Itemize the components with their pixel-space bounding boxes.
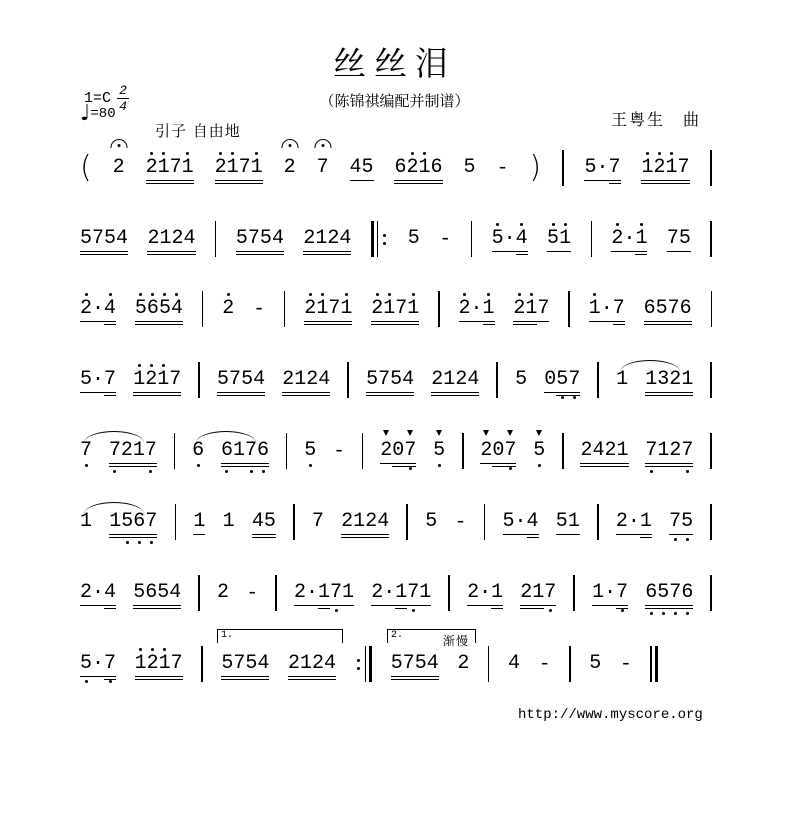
note-char: 4 (527, 511, 539, 533)
note-char: 1 (223, 511, 235, 533)
note-digit: 7 (170, 156, 182, 179)
beam-underline (645, 466, 693, 467)
note-group: 75 (669, 511, 693, 533)
note-char: 6 (394, 157, 406, 179)
beam-underline (371, 605, 431, 606)
note-char: 2 (304, 298, 316, 320)
octave-dot-below (573, 396, 576, 399)
note-group: 6576 (645, 582, 693, 604)
note-group: 2124 (341, 511, 389, 533)
octave-dot-above (255, 152, 258, 155)
note-digit: 1 (182, 156, 194, 179)
note-digit: 5 (80, 368, 92, 391)
beam-underline (80, 321, 116, 322)
note-digit: 5 (80, 227, 92, 250)
octave-dot-above (138, 364, 141, 367)
beam-underline-partial (492, 466, 516, 467)
beam-underline (133, 605, 181, 606)
note-char: 5 (80, 228, 92, 250)
octave-dot-below (674, 538, 677, 541)
octave-dot-above (564, 223, 567, 226)
note-digit: 1 (251, 156, 263, 179)
note-digit: 5 (362, 156, 374, 179)
note-digit: 7 (312, 510, 324, 533)
note-digit: 4 (116, 227, 128, 250)
note-char: 6 (431, 157, 443, 179)
decoration (377, 221, 379, 257)
note-char: 4 (169, 582, 181, 604)
note-digit: 2 (217, 581, 229, 604)
close-paren: ) (529, 150, 541, 186)
note-digit: 1 (681, 368, 693, 391)
beam-underline (133, 392, 181, 393)
note-char: 5 (133, 582, 145, 604)
note-char: 1 (640, 511, 652, 533)
beam-underline (221, 466, 269, 467)
beam-underline-partial (640, 537, 652, 538)
note-char: 4 (427, 653, 439, 675)
note-char: 7 (403, 653, 415, 675)
note-digit: 5 (433, 439, 445, 462)
note-digit: · (504, 227, 516, 250)
octave-dot-below (150, 541, 153, 544)
note-group: 1217 (641, 157, 689, 179)
note-digit: 7 (395, 297, 407, 320)
note-group: 5 (463, 157, 475, 179)
note-digit: 4 (104, 581, 116, 604)
note-char: 5 (221, 653, 233, 675)
note-char: 2 (407, 157, 419, 179)
note-digit: 2 (145, 368, 157, 391)
beam-underline-partial (104, 324, 116, 325)
note-digit: 7 (613, 297, 625, 320)
note-digit: 6 (645, 581, 657, 604)
note-digit: 5 (556, 368, 568, 391)
octave-dot-above (412, 293, 415, 296)
note-char: 1 (157, 369, 169, 391)
note-char: 7 (248, 228, 260, 250)
octave-dot-below (126, 541, 129, 544)
note-char: 5 (80, 369, 92, 391)
barline (710, 221, 712, 257)
duration-dash: - (454, 511, 466, 534)
note-digit: 7 (328, 297, 340, 320)
note-char: 1 (419, 157, 431, 179)
beam-underline (350, 180, 374, 181)
fermata-icon (281, 139, 298, 148)
barline (597, 504, 599, 540)
repeat-dots (357, 659, 360, 670)
note-digit: 1 (135, 652, 147, 675)
beam-underline (282, 392, 330, 393)
barline (406, 504, 408, 540)
note-digit: 2 (365, 510, 377, 533)
note-group: 51 (556, 511, 580, 533)
beam-underline (645, 392, 693, 393)
beam-underline (109, 466, 157, 467)
beam-underline-partial (395, 608, 407, 609)
beam-underline (480, 463, 516, 464)
note-digit: 2 (407, 156, 419, 179)
note-group: 5754 (80, 228, 128, 250)
note-char: 2 (616, 511, 628, 533)
beam-underline (303, 254, 351, 255)
note-digit: 1 (491, 581, 503, 604)
note-char: 7 (568, 369, 580, 391)
beam-underline (380, 463, 416, 464)
note-digit: 2 (467, 581, 479, 604)
note-char: 7 (395, 298, 407, 320)
octave-dot-above (150, 364, 153, 367)
note-char: 5 (391, 653, 403, 675)
note-char: 4 (467, 369, 479, 391)
repeat-dots (383, 234, 386, 245)
note-char: 4 (377, 511, 389, 533)
note-char: 5 (135, 298, 147, 320)
note-digit: 5 (679, 227, 691, 250)
note-digit: 5 (503, 510, 515, 533)
note-digit: · (92, 297, 104, 320)
note-char: 4 (171, 298, 183, 320)
note-char: 2 (605, 440, 617, 462)
note-digit: 7 (404, 439, 416, 462)
duration-dash: - (620, 653, 632, 676)
note-digit: 5 (556, 510, 568, 533)
decoration (383, 234, 386, 237)
note-digit: 6 (644, 297, 656, 320)
barline (201, 646, 203, 682)
note-char: 1 (666, 157, 678, 179)
beam-underline (589, 321, 625, 322)
final-barline (650, 646, 658, 682)
beam-underline (520, 605, 556, 606)
note-char: 5 (159, 298, 171, 320)
note-digit: 1 (666, 156, 678, 179)
octave-dot-above (520, 223, 523, 226)
note-digit: 7 (145, 439, 157, 462)
beam-underline (80, 251, 128, 252)
beam-underline (288, 676, 336, 677)
note-digit: 4 (252, 510, 264, 533)
note-digit: 2 (653, 156, 665, 179)
note-char: 5 (264, 511, 276, 533)
beam-underline (645, 463, 693, 464)
note-group: 1321 (645, 369, 693, 391)
beam-underline-partial (516, 254, 528, 255)
note-digit: 5 (236, 227, 248, 250)
octave-dot-below (686, 538, 689, 541)
beam-underline (645, 608, 693, 609)
note-group: 5654 (133, 582, 181, 604)
note-digit: 1 (160, 227, 172, 250)
note-char: 5 (492, 228, 504, 250)
note-group: 2124 (282, 369, 330, 391)
note-digit: 5 (391, 652, 403, 675)
note-char: 7 (645, 440, 657, 462)
note-digit: 4 (427, 652, 439, 675)
note-digit: 7 (403, 652, 415, 675)
barline (710, 575, 712, 611)
beam-underline (592, 605, 628, 606)
barline (175, 504, 177, 540)
note-char: 7 (669, 582, 681, 604)
note-char: 5 (433, 440, 445, 462)
note-char: 4 (350, 157, 362, 179)
note-digit: 2 (616, 510, 628, 533)
beam-underline-partial (613, 324, 625, 325)
note-char: 5 (217, 369, 229, 391)
note-digit: 1 (133, 368, 145, 391)
note-digit: 7 (681, 439, 693, 462)
octave-dot-above (518, 293, 521, 296)
note-digit: 2 (303, 227, 315, 250)
note-char: 2 (371, 582, 383, 604)
note-char: · (306, 582, 318, 604)
octave-dot-below (309, 464, 312, 467)
note-digit: 1 (383, 297, 395, 320)
note-digit: 4 (527, 510, 539, 533)
barline (362, 433, 364, 469)
note-digit: 7 (229, 368, 241, 391)
note-char: 4 (402, 369, 414, 391)
note-group: 2·171 (294, 582, 354, 604)
note-char: 5 (415, 653, 427, 675)
note-group: 6176 (221, 440, 269, 462)
note-char: 1 (315, 228, 327, 250)
note-group: 1217 (135, 653, 183, 675)
decoration (369, 646, 372, 682)
note-digit: 5 (533, 439, 545, 462)
beam-underline (193, 534, 205, 535)
note-char: · (504, 228, 516, 250)
octave-dot-below (438, 464, 441, 467)
note-group: 5 (589, 653, 601, 675)
note-group: 6216 (394, 157, 442, 179)
note-digit: 1 (617, 439, 629, 462)
note-digit: 5 (589, 652, 601, 675)
beam-underline (109, 534, 157, 535)
beam-underline (492, 251, 528, 252)
note-char: 7 (229, 369, 241, 391)
note-digit: 7 (239, 156, 251, 179)
beam-underline-partial (513, 324, 537, 325)
octave-dot-below (225, 470, 228, 473)
note-char: 7 (245, 440, 257, 462)
note-char: 2 (371, 298, 383, 320)
note-char: 5 (241, 369, 253, 391)
octave-dot-below (509, 467, 512, 470)
note-char: · (471, 298, 483, 320)
beam-underline (431, 392, 479, 393)
octave-dot-above (487, 293, 490, 296)
note-group: 1 (80, 511, 92, 533)
beam-underline (288, 679, 336, 680)
note-digit: 2 (80, 581, 92, 604)
note-digit: 2 (147, 652, 159, 675)
octave-dot-below (662, 612, 665, 615)
note-group: 2 (217, 582, 229, 604)
beam-underline (391, 679, 439, 680)
note-digit: 4 (377, 510, 389, 533)
note-digit: 7 (667, 227, 679, 250)
note-group: 5 (304, 440, 316, 462)
barline (710, 504, 712, 540)
note-char: · (479, 582, 491, 604)
octave-dot-below (650, 612, 653, 615)
note-group: 51 (547, 228, 571, 250)
note-digit: 1 (443, 368, 455, 391)
note-char: 5 (236, 228, 248, 250)
note-digit: 2 (380, 439, 392, 462)
note-char: 4 (257, 653, 269, 675)
duration-dash: - (333, 440, 345, 463)
note-digit: 7 (678, 156, 690, 179)
beam-underline (556, 534, 580, 535)
note-char: 2 (365, 511, 377, 533)
note-char: 5 (515, 369, 527, 391)
note-digit: 5 (241, 368, 253, 391)
note-digit: 4 (184, 227, 196, 250)
note-digit: 4 (272, 227, 284, 250)
accent-icon (536, 430, 542, 436)
note-digit: · (306, 581, 318, 604)
note-group: 5·4 (492, 228, 528, 250)
note-char: 1 (159, 653, 171, 675)
source-url: http://www.myscore.org (518, 707, 703, 723)
decoration (357, 667, 360, 670)
note-char: 6 (221, 440, 233, 462)
note-char: 6 (680, 298, 692, 320)
note-char: 2 (513, 298, 525, 320)
note-char: 2 (222, 298, 234, 320)
beam-underline (371, 324, 419, 325)
octave-dot-above (162, 152, 165, 155)
note-digit: 5 (425, 510, 437, 533)
barline (488, 646, 490, 682)
note-group: 6 (192, 440, 204, 462)
barline (198, 362, 200, 398)
beam-underline (236, 254, 284, 255)
note-digit: 7 (568, 368, 580, 391)
note-digit: 2 (480, 439, 492, 462)
note-char: 6 (192, 440, 204, 462)
note-char: 4 (272, 228, 284, 250)
note-digit: 7 (317, 156, 329, 179)
note-char: 1 (294, 369, 306, 391)
note-char: 2 (288, 653, 300, 675)
barline (198, 575, 200, 611)
octave-dot-below (85, 680, 88, 683)
beam-underline (80, 392, 116, 393)
note-char: 5 (681, 511, 693, 533)
decoration (371, 221, 374, 257)
note-char: 7 (104, 369, 116, 391)
note-char: 0 (492, 440, 504, 462)
note-digit: 5 (135, 297, 147, 320)
beam-underline (221, 463, 269, 464)
note-char: 1 (340, 298, 352, 320)
barline (448, 575, 450, 611)
note-group: 2·1 (611, 228, 647, 250)
note-digit: 1 (592, 581, 604, 604)
note-digit: 5 (159, 297, 171, 320)
note-char: 5 (366, 369, 378, 391)
note-char: · (92, 653, 104, 675)
barline (562, 150, 564, 186)
note-digit: 7 (407, 581, 419, 604)
note-digit: 2 (113, 156, 125, 179)
barline (484, 504, 486, 540)
octave-dot-below (621, 609, 624, 612)
note-group: 7127 (645, 440, 693, 462)
note-char: 2 (459, 298, 471, 320)
note-digit: 2 (580, 439, 592, 462)
beam-underline (282, 395, 330, 396)
note-group: 207 (380, 440, 416, 462)
open-paren: ( (80, 150, 92, 186)
note-digit: 4 (169, 581, 181, 604)
note-char: 7 (80, 440, 92, 462)
barline (597, 362, 599, 398)
octave-dot-above (139, 293, 142, 296)
note-char: 7 (109, 440, 121, 462)
note-digit: 2 (282, 368, 294, 391)
barline (710, 150, 712, 186)
note-char: · (515, 511, 527, 533)
barline (284, 291, 286, 327)
volta-label: 2. (391, 630, 403, 641)
note-char: 6 (644, 298, 656, 320)
note-char: 5 (121, 511, 133, 533)
note-char: · (383, 582, 395, 604)
decoration (655, 646, 658, 682)
note-char: 1 (109, 511, 121, 533)
slur-arc (620, 360, 680, 372)
note-digit: · (623, 227, 635, 250)
octave-dot-above (640, 223, 643, 226)
note-char: 7 (616, 582, 628, 604)
note-char: 7 (407, 582, 419, 604)
note-char: 2 (145, 369, 157, 391)
beam-underline (133, 608, 181, 609)
beam-underline-partial (635, 254, 647, 255)
note-char: 4 (339, 228, 351, 250)
note-char: 1 (491, 582, 503, 604)
note-char: 4 (253, 369, 265, 391)
accent-icon (383, 430, 389, 436)
note-digit: 2 (457, 652, 469, 675)
note-char: 5 (556, 511, 568, 533)
octave-dot-above (163, 293, 166, 296)
octave-dot-above (593, 293, 596, 296)
note-char: 1 (316, 298, 328, 320)
barline (710, 362, 712, 398)
note-char: 7 (504, 440, 516, 462)
beam-underline-partial (483, 324, 495, 325)
note-char: 4 (508, 653, 520, 675)
note-char: 5 (679, 228, 691, 250)
note-char: 1 (160, 228, 172, 250)
barline (174, 433, 176, 469)
note-digit: 4 (592, 439, 604, 462)
note-char: 2 (284, 157, 296, 179)
beam-underline (644, 324, 692, 325)
note-digit: 5 (415, 652, 427, 675)
sheet-music-page: 丝丝泪 （陈锦祺编配并制谱） 王粤生 曲 1=C 2 4 ♩ =80 引子 自由… (0, 0, 789, 832)
beam-underline-partial (318, 608, 330, 609)
note-digit: 1 (559, 227, 571, 250)
beam-underline (221, 676, 269, 677)
